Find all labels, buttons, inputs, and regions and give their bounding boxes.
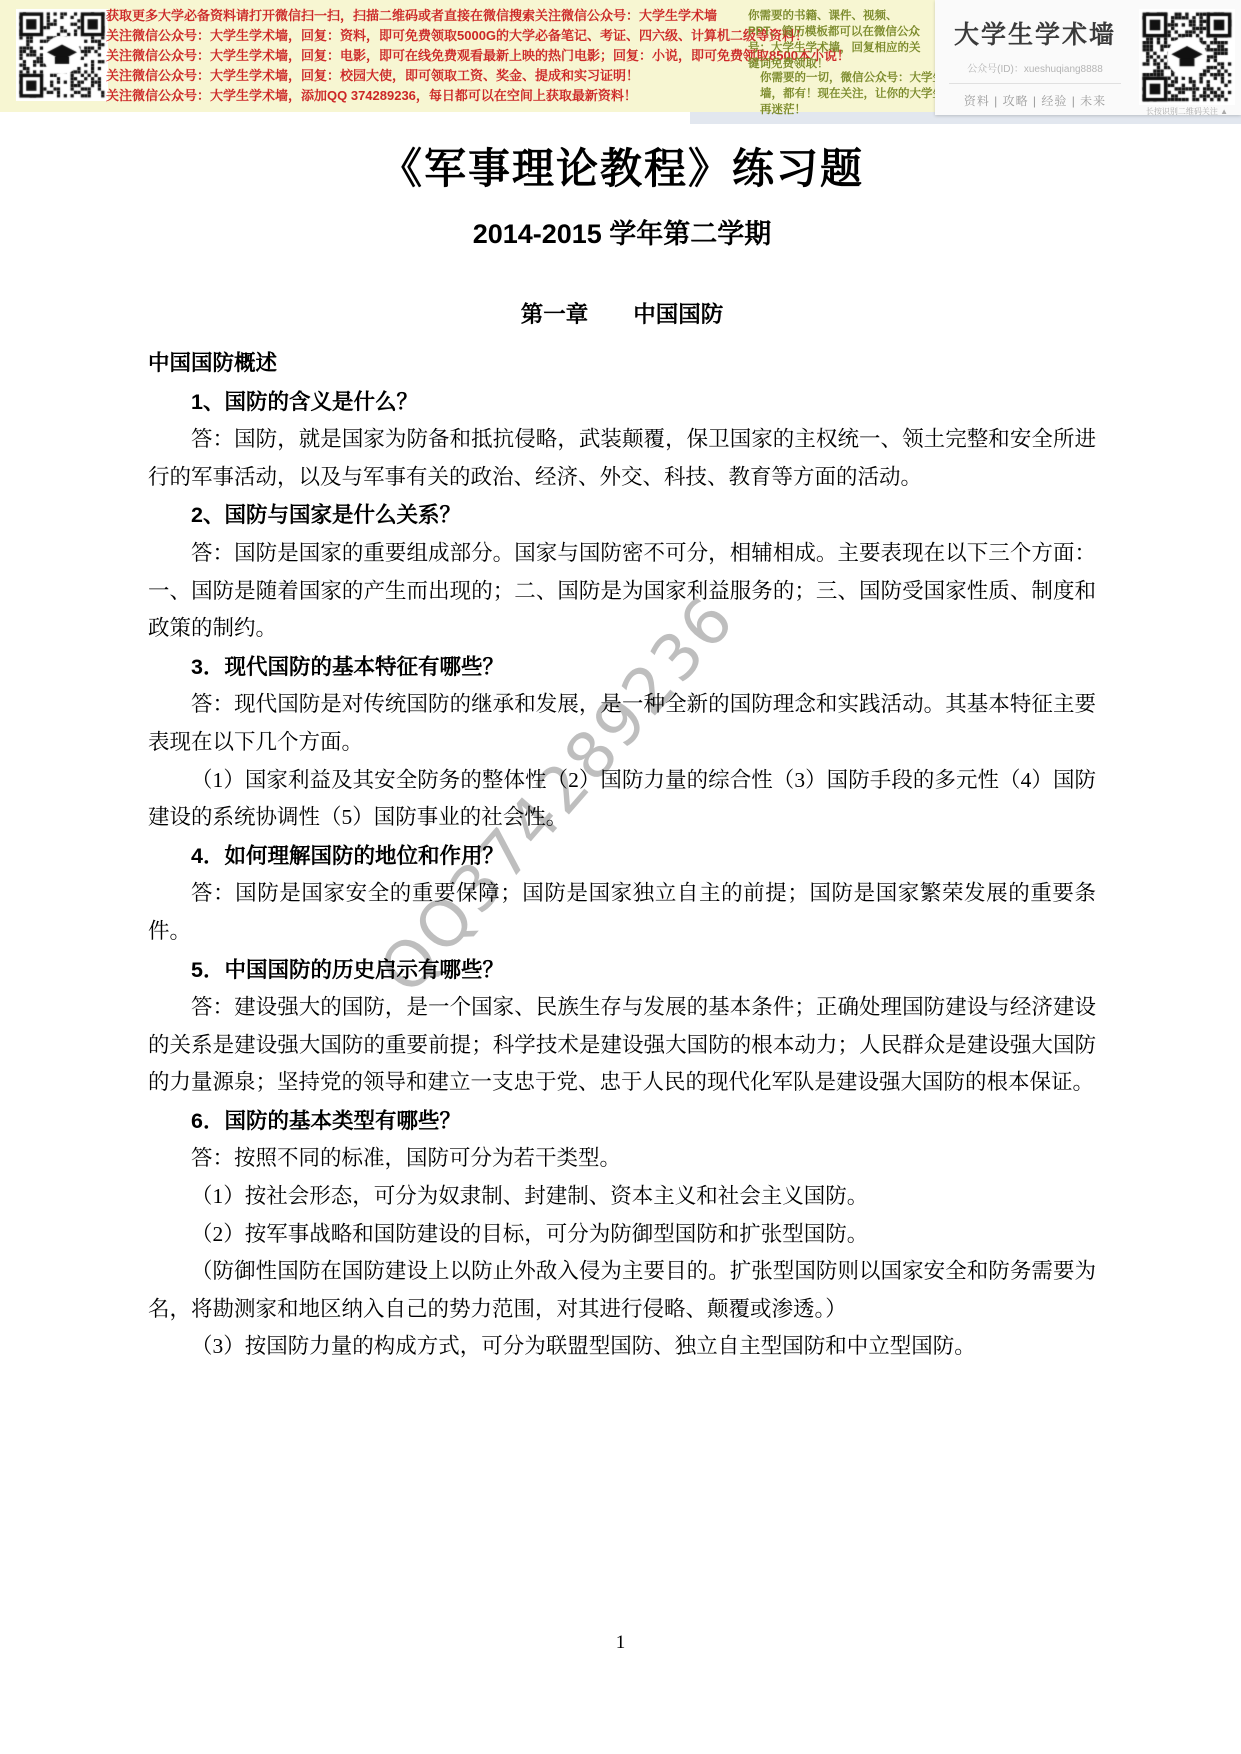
question-heading: 2、国防与国家是什么关系？: [148, 497, 1096, 535]
document-title: 《军事理论教程》练习题: [148, 136, 1096, 196]
brand-qr-code-icon: [1139, 9, 1235, 105]
brand-card-qr: 长按识别二维码关注 ▲: [1137, 9, 1237, 117]
paragraph: （2）按军事战略和国防建设的目标，可分为防御型国防和扩张型国防。: [148, 1216, 1096, 1254]
paragraph: 答：国防是国家安全的重要保障；国防是国家独立自主的前提；国防是国家繁荣发展的重要…: [148, 875, 1096, 950]
question-heading: 6．国防的基本类型有哪些？: [148, 1103, 1096, 1141]
question-heading: 1、国防的含义是什么？: [148, 384, 1096, 422]
divider: [949, 83, 1121, 84]
brand-tags: 资料 | 攻略 | 经验 | 未来: [935, 92, 1135, 109]
document-subtitle: 2014-2015 学年第二学期: [148, 212, 1096, 251]
paragraph: 答：建设强大的国防，是一个国家、民族生存与发展的基本条件；正确处理国防建设与经济…: [148, 989, 1096, 1102]
paragraph: 答：按照不同的标准，国防可分为若干类型。: [148, 1140, 1096, 1178]
wechat-qr-code-icon: [16, 9, 108, 101]
question-heading: 3．现代国防的基本特征有哪些？: [148, 649, 1096, 687]
paragraph: 答：国防是国家的重要组成部分。国家与国防密不可分，相辅相成。主要表现在以下三个方…: [148, 535, 1096, 648]
question-heading: 4．如何理解国防的地位和作用？: [148, 838, 1096, 876]
section-subheading: 中国国防概述: [148, 345, 1096, 383]
paragraph: （防御性国防在国防建设上以防止外敌入侵为主要目的。扩张型国防则以国家安全和防务需…: [148, 1253, 1096, 1328]
document-body: 中国国防概述1、国防的含义是什么？答：国防，就是国家为防备和抵抗侵略，武装颠覆，…: [148, 345, 1096, 1366]
brand-account-id: 公众号(ID)：xueshuqiang8888: [935, 60, 1135, 75]
document-content: 《军事理论教程》练习题 2014-2015 学年第二学期 第一章 中国国防 中国…: [148, 112, 1096, 1366]
paragraph: （1）按社会形态，可分为奴隶制、封建制、资本主义和社会主义国防。: [148, 1178, 1096, 1216]
qr-caption: 长按识别二维码关注 ▲: [1137, 106, 1237, 117]
question-heading: 5．中国国防的历史启示有哪些？: [148, 952, 1096, 990]
brand-card-text: 大学生学术墙 公众号(ID)：xueshuqiang8888 资料 | 攻略 |…: [935, 0, 1135, 109]
paragraph: 答：现代国防是对传统国防的继承和发展，是一种全新的国防理念和实践活动。其基本特征…: [148, 686, 1096, 761]
brand-title: 大学生学术墙: [935, 15, 1135, 51]
brand-card: 大学生学术墙 公众号(ID)：xueshuqiang8888 资料 | 攻略 |…: [935, 0, 1241, 115]
chapter-heading: 第一章 中国国防: [148, 297, 1096, 329]
ad-banner: 获取更多大学必备资料请打开微信扫一扫，扫描二维码或者直接在微信搜索关注微信公众号…: [0, 0, 1241, 112]
paragraph: （3）按国防力量的构成方式，可分为联盟型国防、独立自主型国防和中立型国防。: [148, 1328, 1096, 1366]
page-number: 1: [0, 1632, 1241, 1654]
document-page: 获取更多大学必备资料请打开微信扫一扫，扫描二维码或者直接在微信搜索关注微信公众号…: [0, 0, 1241, 1754]
paragraph: （1）国家利益及其安全防务的整体性（2）国防力量的综合性（3）国防手段的多元性（…: [148, 762, 1096, 837]
banner-note-1: 你需要的书籍、课件、视频、PPT、简历模板都可以在微信公众号：大学生学术墙，回复…: [748, 8, 928, 72]
paragraph: 答：国防，就是国家为防备和抵抗侵略，武装颠覆，保卫国家的主权统一、领土完整和安全…: [148, 421, 1096, 496]
